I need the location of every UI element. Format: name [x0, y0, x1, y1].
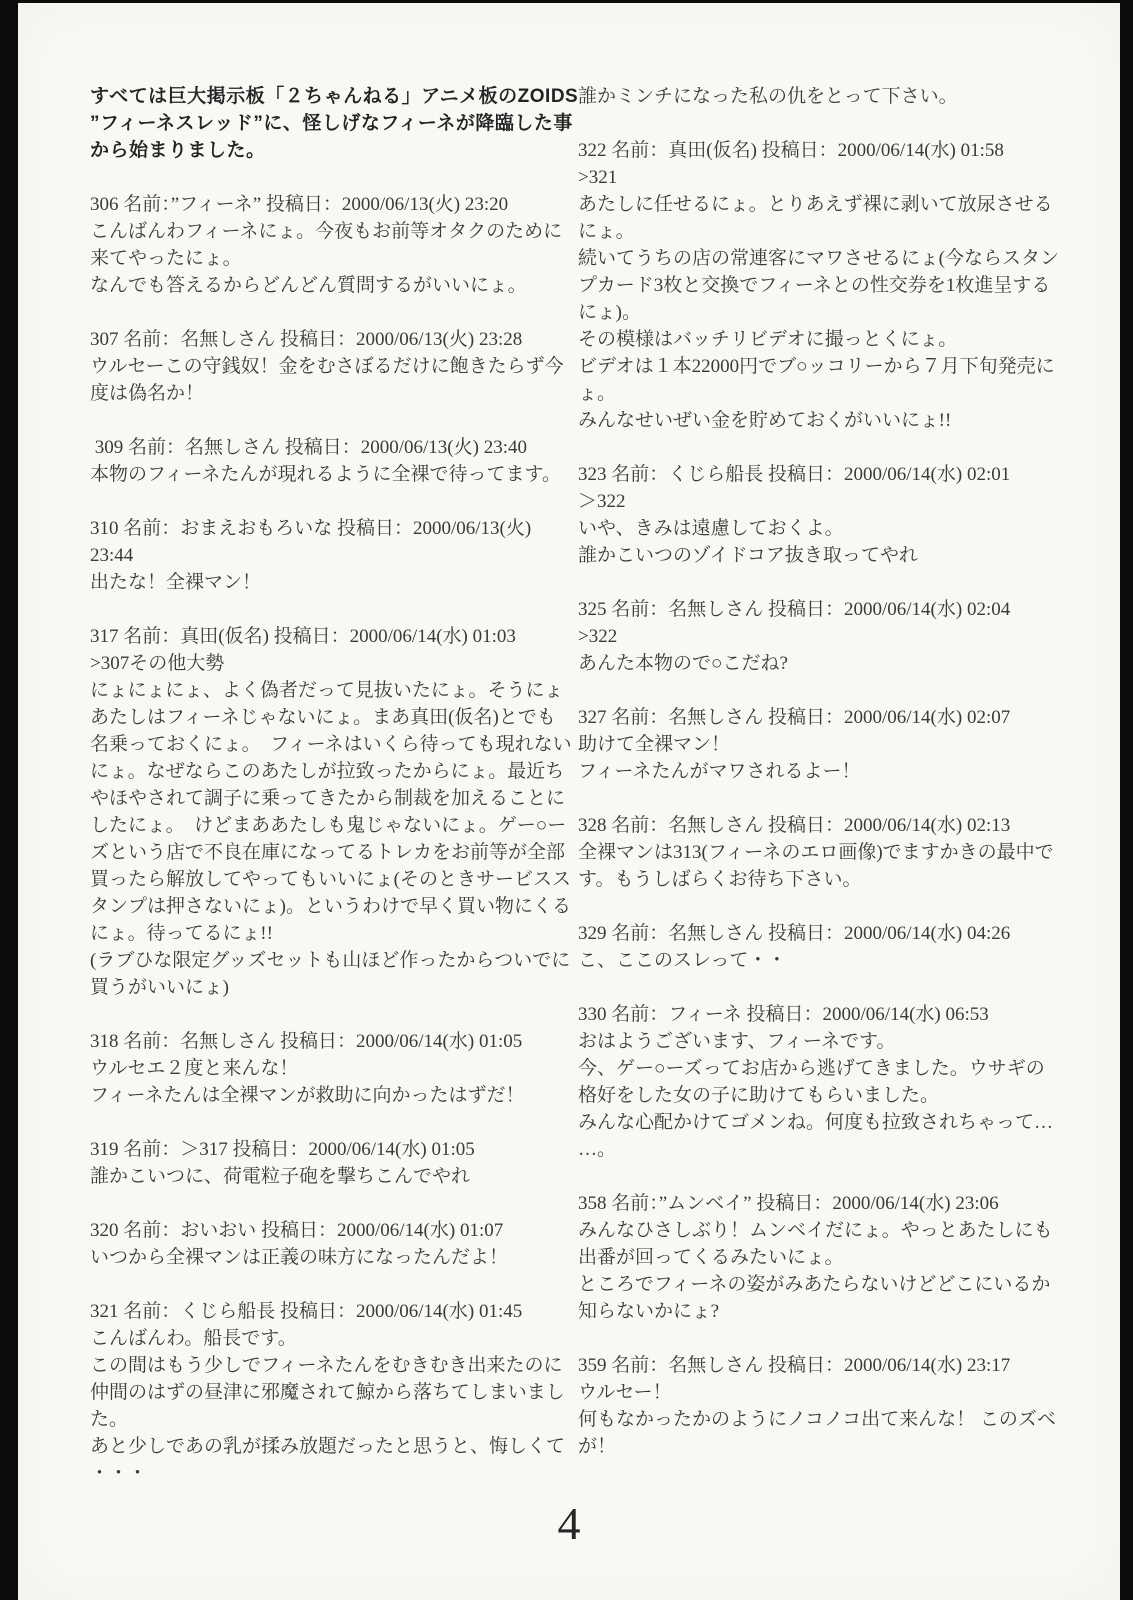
text-line: が！ — [578, 1433, 1066, 1460]
text-line: 誰かこいつのゾイドコア抜き取ってやれ — [578, 542, 1066, 569]
text-line: その模様はバッチリビデオに撮っとくにょ。 — [578, 326, 1066, 353]
text-line: 誰かこいつに、荷電粒子砲を撃ちこんでやれ — [90, 1163, 582, 1190]
text-line: 助けて全裸マン！ — [578, 731, 1066, 758]
text-line: にょにょにょ、よく偽者だって見抜いたにょ。そうにょ — [90, 677, 582, 704]
text-line: 320 名前：おいおい 投稿日：2000/06/14(水) 01:07 — [90, 1217, 582, 1244]
forum-post: 322 名前：真田(仮名) 投稿日：2000/06/14(水) 01:58>32… — [578, 137, 1066, 434]
text-line: 317 名前：真田(仮名) 投稿日：2000/06/14(水) 01:03 — [90, 623, 582, 650]
forum-post: 318 名前：名無しさん 投稿日：2000/06/14(水) 01:05ウルセエ… — [90, 1028, 582, 1109]
text-line: にょ。 — [578, 218, 1066, 245]
forum-post: 329 名前：名無しさん 投稿日：2000/06/14(水) 04:26こ、ここ… — [578, 920, 1066, 974]
text-line: 358 名前：”ムンベイ” 投稿日：2000/06/14(水) 23:06 — [578, 1190, 1066, 1217]
text-line: フィーネたんがマワされるよー！ — [578, 758, 1066, 785]
text-line: >322 — [578, 623, 1066, 650]
text-line: こんばんわフィーネにょ。今夜もお前等オタクのために — [90, 218, 582, 245]
text-line: ＞322 — [578, 488, 1066, 515]
forum-post: 330 名前：フィーネ 投稿日：2000/06/14(水) 06:53おはようご… — [578, 1001, 1066, 1163]
intro-paragraph: すべては巨大掲示板「２ちゃんねる」アニメ板のZOIDS”フィーネスレッド”に、怪… — [90, 83, 582, 164]
text-line: 来てやったにょ。 — [90, 245, 582, 272]
text-line: ところでフィーネの姿がみあたらないけどどこにいるか — [578, 1271, 1066, 1298]
forum-post: 319 名前：＞317 投稿日：2000/06/14(水) 01:05誰かこいつ… — [90, 1136, 582, 1190]
page-number: 4 — [18, 1497, 1120, 1550]
text-line: 322 名前：真田(仮名) 投稿日：2000/06/14(水) 01:58 — [578, 137, 1066, 164]
forum-post: 321 名前：くじら船長 投稿日：2000/06/14(水) 01:45こんばん… — [90, 1298, 582, 1487]
forum-post: 359 名前：名無しさん 投稿日：2000/06/14(水) 23:17ウルセー… — [578, 1352, 1066, 1460]
text-line: 329 名前：名無しさん 投稿日：2000/06/14(水) 04:26 — [578, 920, 1066, 947]
text-line: ウルセー！ — [578, 1379, 1066, 1406]
text-line: 359 名前：名無しさん 投稿日：2000/06/14(水) 23:17 — [578, 1352, 1066, 1379]
text-line: ウルセエ２度と来んな！ — [90, 1055, 582, 1082]
forum-post: 320 名前：おいおい 投稿日：2000/06/14(水) 01:07いつから全… — [90, 1217, 582, 1271]
text-line: 買うがいいにょ) — [90, 974, 582, 1001]
text-line: フィーネたんは全裸マンが救助に向かったはずだ！ — [90, 1082, 582, 1109]
text-line: 出番が回ってくるみたいにょ。 — [578, 1244, 1066, 1271]
text-line: すべては巨大掲示板「２ちゃんねる」アニメ板のZOIDS — [90, 83, 582, 110]
right-text-column: 誰かミンチになった私の仇をとって下さい。322 名前：真田(仮名) 投稿日：20… — [578, 83, 1066, 1487]
text-line: 本物のフィーネたんが現れるように全裸で待ってます。 — [90, 461, 582, 488]
text-line: いや、きみは遠慮しておくよ。 — [578, 515, 1066, 542]
forum-post: 誰かミンチになった私の仇をとって下さい。 — [578, 83, 1066, 110]
text-line: 知らないかにょ? — [578, 1298, 1066, 1325]
text-line: 325 名前：名無しさん 投稿日：2000/06/14(水) 02:04 — [578, 596, 1066, 623]
text-line: >321 — [578, 164, 1066, 191]
text-line: にょ)。 — [578, 299, 1066, 326]
text-line: 328 名前：名無しさん 投稿日：2000/06/14(水) 02:13 — [578, 812, 1066, 839]
text-line: いつから全裸マンは正義の味方になったんだよ！ — [90, 1244, 582, 1271]
text-line: 327 名前：名無しさん 投稿日：2000/06/14(水) 02:07 — [578, 704, 1066, 731]
text-line: あたしはフィーネじゃないにょ。まあ真田(仮名)とでも — [90, 704, 582, 731]
text-line: 23:44 — [90, 542, 582, 569]
text-line: あたしに任せるにょ。とりあえず裸に剥いて放尿させる — [578, 191, 1066, 218]
text-line: ズという店で不良在庫になってるトレカをお前等が全部 — [90, 839, 582, 866]
text-line: 309 名前：名無しさん 投稿日：2000/06/13(火) 23:40 — [90, 434, 582, 461]
text-line: ょ。 — [578, 380, 1066, 407]
text-line: 今、ゲー○ーズってお店から逃げてきました。ウサギの — [578, 1055, 1066, 1082]
text-line: こ、ここのスレって・・ — [578, 947, 1066, 974]
text-line: (ラブひな限定グッズセットも山ほど作ったからついでに — [90, 947, 582, 974]
forum-post: 325 名前：名無しさん 投稿日：2000/06/14(水) 02:04>322… — [578, 596, 1066, 677]
text-line: こんばんわ。船長です。 — [90, 1325, 582, 1352]
text-line: プカード3枚と交換でフィーネとの性交券を1枚進呈する — [578, 272, 1066, 299]
text-line: 買ったら解放してやってもいいにょ(そのときサービスス — [90, 866, 582, 893]
text-line: 321 名前：くじら船長 投稿日：2000/06/14(水) 01:45 — [90, 1298, 582, 1325]
text-line: 318 名前：名無しさん 投稿日：2000/06/14(水) 01:05 — [90, 1028, 582, 1055]
left-text-column: すべては巨大掲示板「２ちゃんねる」アニメ板のZOIDS”フィーネスレッド”に、怪… — [90, 83, 582, 1514]
text-line: みんな心配かけてゴメンね。何度も拉致されちゃって… — [578, 1109, 1066, 1136]
forum-post: 328 名前：名無しさん 投稿日：2000/06/14(水) 02:13全裸マン… — [578, 812, 1066, 893]
text-line: 名乗っておくにょ。 フィーネはいくら待っても現れない — [90, 731, 582, 758]
text-line: 310 名前：おまえおもろいな 投稿日：2000/06/13(火) — [90, 515, 582, 542]
forum-post: 323 名前：くじら船長 投稿日：2000/06/14(水) 02:01＞322… — [578, 461, 1066, 569]
text-line: …。 — [578, 1136, 1066, 1163]
text-line: にょ。なぜならこのあたしが拉致ったからにょ。最近ち — [90, 758, 582, 785]
forum-post: 306 名前：”フィーネ” 投稿日：2000/06/13(火) 23:20こんば… — [90, 191, 582, 299]
text-line: したにょ。 けどまああたしも鬼じゃないにょ。ゲー○ー — [90, 812, 582, 839]
text-line: 出たな！全裸マン！ — [90, 569, 582, 596]
text-line: おはようございます、フィーネです。 — [578, 1028, 1066, 1055]
text-line: 全裸マンは313(フィーネのエロ画像)でますかきの最中で — [578, 839, 1066, 866]
text-line: みんなひさしぶり！ムンベイだにょ。やっとあたしにも — [578, 1217, 1066, 1244]
text-line: 323 名前：くじら船長 投稿日：2000/06/14(水) 02:01 — [578, 461, 1066, 488]
text-line: 何もなかったかのようにノコノコ出て来んな！ このズベ — [578, 1406, 1066, 1433]
forum-post: 310 名前：おまえおもろいな 投稿日：2000/06/13(火)23:44出た… — [90, 515, 582, 596]
text-line: あんた本物ので○こだね? — [578, 650, 1066, 677]
text-line: ウルセーこの守銭奴！金をむさぼるだけに飽きたらず今 — [90, 353, 582, 380]
text-line: この間はもう少しでフィーネたんをむきむき出来たのに — [90, 1352, 582, 1379]
text-line: た。 — [90, 1406, 582, 1433]
text-line: ・・・ — [90, 1460, 582, 1487]
text-line: 319 名前：＞317 投稿日：2000/06/14(水) 01:05 — [90, 1136, 582, 1163]
forum-post: 309 名前：名無しさん 投稿日：2000/06/13(火) 23:40本物のフ… — [90, 434, 582, 488]
forum-post: 317 名前：真田(仮名) 投稿日：2000/06/14(水) 01:03>30… — [90, 623, 582, 1001]
text-line: 格好をした女の子に助けてもらいました。 — [578, 1082, 1066, 1109]
text-line: なんでも答えるからどんどん質問するがいいにょ。 — [90, 272, 582, 299]
text-line: あと少しであの乳が揉み放題だったと思うと、悔しくて — [90, 1433, 582, 1460]
text-line: 続いてうちの店の常連客にマワさせるにょ(今ならスタン — [578, 245, 1066, 272]
text-line: 306 名前：”フィーネ” 投稿日：2000/06/13(火) 23:20 — [90, 191, 582, 218]
text-line: から始まりました。 — [90, 137, 582, 164]
text-line: 度は偽名か！ — [90, 380, 582, 407]
text-line: >307その他大勢 — [90, 650, 582, 677]
text-line: ”フィーネスレッド”に、怪しげなフィーネが降臨した事 — [90, 110, 582, 137]
text-line: やほやされて調子に乗ってきたから制裁を加えることに — [90, 785, 582, 812]
text-line: す。もうしばらくお待ち下さい。 — [578, 866, 1066, 893]
text-line: ビデオは１本22000円でブ○ッコリーから７月下旬発売に — [578, 353, 1066, 380]
text-line: 仲間のはずの昼津に邪魔されて鯨から落ちてしまいまし — [90, 1379, 582, 1406]
text-line: にょ。待ってるにょ!! — [90, 920, 582, 947]
text-line: 誰かミンチになった私の仇をとって下さい。 — [578, 83, 1066, 110]
text-line: 330 名前：フィーネ 投稿日：2000/06/14(水) 06:53 — [578, 1001, 1066, 1028]
scanned-page: すべては巨大掲示板「２ちゃんねる」アニメ板のZOIDS”フィーネスレッド”に、怪… — [18, 3, 1120, 1600]
forum-post: 307 名前：名無しさん 投稿日：2000/06/13(火) 23:28ウルセー… — [90, 326, 582, 407]
forum-post: 358 名前：”ムンベイ” 投稿日：2000/06/14(水) 23:06みんな… — [578, 1190, 1066, 1325]
text-line: 307 名前：名無しさん 投稿日：2000/06/13(火) 23:28 — [90, 326, 582, 353]
forum-post: 327 名前：名無しさん 投稿日：2000/06/14(水) 02:07助けて全… — [578, 704, 1066, 785]
text-line: タンプは押さないにょ)。というわけで早く買い物にくる — [90, 893, 582, 920]
text-line: みんなせいぜい金を貯めておくがいいにょ!! — [578, 407, 1066, 434]
